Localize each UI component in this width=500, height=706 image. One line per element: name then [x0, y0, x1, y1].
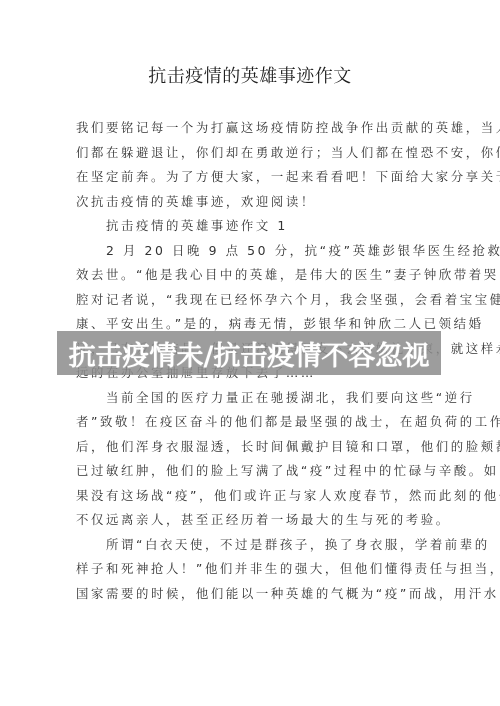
body-line: 样子和死神抢人！”他们并非生的强大，但他们懂得责任与担当，在	[76, 557, 428, 582]
body-line: 腔对记者说，“我现在已经怀孕六个月，我会坚强，会看着宝宝健	[76, 288, 428, 313]
section-heading: 抗击疫情的英雄事迹作文 1	[76, 214, 428, 239]
body-line: 者”致敬！在疫区奋斗的他们都是最坚强的战士，在超负荷的工作	[76, 410, 428, 435]
body-line: 们都在躲避退让，你们却在勇敢逆行；当人们都在惶恐不安，你们却	[76, 141, 428, 166]
body-line: 当前全国的医疗力量正在驰援湖北，我们要向这些“逆行	[76, 386, 428, 411]
body-line: 不仅远离亲人，甚至正经历着一场最大的生与死的考验。	[76, 508, 428, 533]
overlay-banner-text: 抗击疫情未/抗击疫情不容忽视	[69, 334, 430, 373]
body-line: 我们要铭记每一个为打赢这场疫情防控战争作出贡献的英雄，当人	[76, 116, 428, 141]
body-line: 2 月 20 日晚 9 点 50 分，抗“疫”英雄彭银华医生经抢救无	[76, 239, 428, 264]
body-line: 后，他们浑身衣服湿透，长时间佩戴护目镜和口罩，他们的脸颊都	[76, 435, 428, 460]
body-line: 效去世。“他是我心目中的英雄，是伟大的医生”妻子钟欣带着哭	[76, 263, 428, 288]
body-line: 次抗击疫情的英雄事迹，欢迎阅读！	[76, 190, 428, 215]
overlay-banner: 抗击疫情未/抗击疫情不容忽视	[57, 331, 441, 375]
body-line: 所谓“白衣天使，不过是群孩子，换了身衣服，学着前辈的	[76, 533, 428, 558]
document-page: 抗击疫情的英雄事迹作文 我们要铭记每一个为打赢这场疫情防控战争作出贡献的英雄，当…	[0, 0, 500, 706]
body-line: 在坚定前奔。为了方便大家，一起来看看吧！下面给大家分享关于这	[76, 165, 428, 190]
body-line: 已过敏红肿，他们的脸上写满了战“疫”过程中的忙碌与辛酸。如	[76, 459, 428, 484]
body-line: 果没有这场战“疫”，他们或许正与家人欢度春节，然而此刻的他们	[76, 484, 428, 509]
body-line: 国家需要的时候，他们能以一种英雄的气概为“疫”而战，用汗水	[76, 582, 428, 607]
document-title: 抗击疫情的英雄事迹作文	[0, 62, 500, 88]
